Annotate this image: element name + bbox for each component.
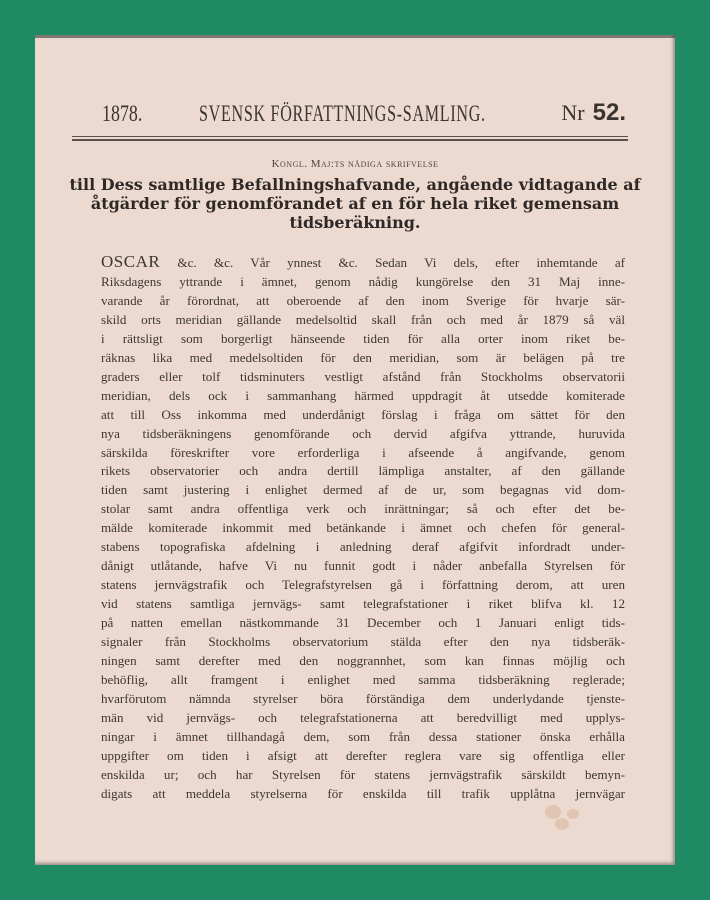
- body-line: behöflig, allt framgent i enlighet med s…: [101, 671, 625, 690]
- header-number: Nr52.: [561, 99, 626, 127]
- running-header: 1878. SVENSK FÖRFATTNINGS-SAMLING. Nr52.: [102, 101, 626, 127]
- issue-number: 52.: [593, 99, 626, 126]
- header-series-title: SVENSK FÖRFATTNINGS-SAMLING.: [199, 101, 486, 127]
- body-line: män vid jernvägs- och telegrafstationern…: [101, 709, 625, 728]
- body-line: varande år förordnat, att oberoende af d…: [101, 292, 625, 311]
- body-line: Riksdagens yttrande i ämnet, genom nådig…: [101, 273, 625, 292]
- document-page: 1878. SVENSK FÖRFATTNINGS-SAMLING. Nr52.…: [35, 35, 675, 865]
- document-kicker: Kongl. Maj:ts nådiga skrifvelse: [35, 158, 675, 170]
- number-prefix: Nr: [561, 100, 584, 125]
- body-line: i rättsligt som borgerligt hänseende tid…: [101, 330, 625, 349]
- salutation-name: OSCAR: [101, 252, 160, 271]
- body-line: räknas lika med medelsoltiden för den me…: [101, 349, 625, 368]
- body-line: statens jernvägstrafik och Telegrafstyre…: [101, 576, 625, 595]
- body-line: rikets observatorier och andra dertill l…: [101, 462, 625, 481]
- body-line: nya tidsberäkningens genomförande och de…: [101, 425, 625, 444]
- title-line: tidsberäkning.: [55, 213, 655, 232]
- body-line: enskilda ur; och har Styrelsen för state…: [101, 766, 625, 785]
- header-year: 1878.: [102, 101, 142, 127]
- body-text: OSCAR &c. &c. Vår ynnest &c. Sedan Vi de…: [101, 253, 625, 804]
- header-rule-thick: [72, 139, 628, 141]
- body-line: ningar i ämnet tillhandagå dem, som från…: [101, 728, 625, 747]
- header-rule: [72, 136, 628, 137]
- body-line: signaler från Stockholms observatorium s…: [101, 633, 625, 652]
- body-line: mälde komiterade inkommit med betänkande…: [101, 519, 625, 538]
- document-title: till Dess samtlige Befallningshafvande, …: [55, 175, 655, 232]
- body-line: skild orts meridian gällande medelsoltid…: [101, 311, 625, 330]
- body-line: särskilda föreskrifter vore erforderliga…: [101, 444, 625, 463]
- body-line: vid statens samtliga jernvägs- samt tele…: [101, 595, 625, 614]
- body-line: digats att meddela styrelserna för enski…: [101, 785, 625, 804]
- body-line: stabens topografiska afdelning i anledni…: [101, 538, 625, 557]
- title-line: åtgärder för genomförandet af en för hel…: [55, 194, 655, 213]
- body-line: stolar samt andra offentliga verk och in…: [101, 500, 625, 519]
- paper-stain: [545, 805, 561, 819]
- body-line: dånigt utlåtande, hafve Vi nu funnit god…: [101, 557, 625, 576]
- body-line: att till Oss inkomma med underdånigt för…: [101, 406, 625, 425]
- body-line: meridian, dels ock i sammanhang härmed u…: [101, 387, 625, 406]
- paper-stain: [567, 809, 579, 819]
- body-line: ningen samt derefter med den noggrannhet…: [101, 652, 625, 671]
- body-line: graders eller tolf tidsminuters vestligt…: [101, 368, 625, 387]
- body-line: hvarförutom nämnda styrelser böra förstä…: [101, 690, 625, 709]
- title-line: till Dess samtlige Befallningshafvande, …: [55, 175, 655, 194]
- body-line: OSCAR &c. &c. Vår ynnest &c. Sedan Vi de…: [101, 253, 625, 273]
- body-line: tiden samt justering i enlighet dermed a…: [101, 481, 625, 500]
- body-line: på natten emellan nästkommande 31 Decemb…: [101, 614, 625, 633]
- paper-stain: [555, 818, 569, 830]
- body-line: uppgifter om tiden i afsigt att derefter…: [101, 747, 625, 766]
